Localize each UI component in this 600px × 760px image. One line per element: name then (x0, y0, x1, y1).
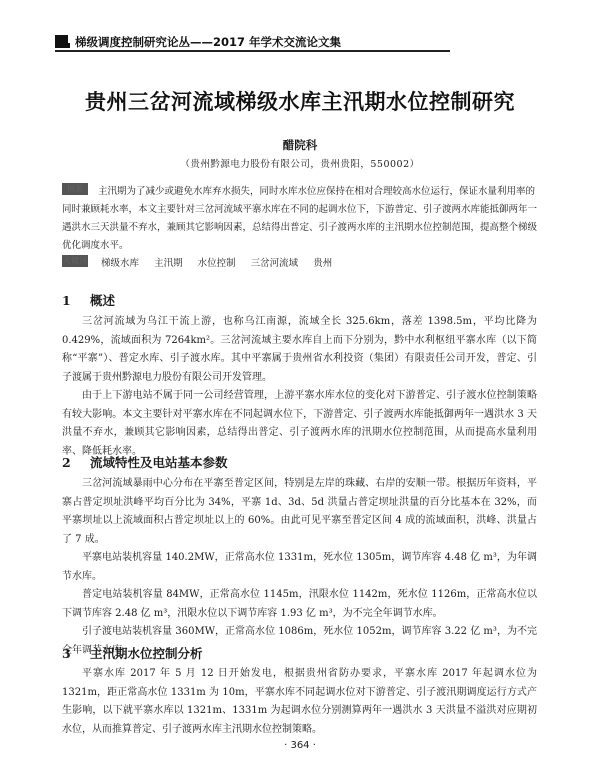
paragraph: 由于上下游电站不属于同一公司经营管理，上游平寨水库水位的变化对下游普定、引子渡水… (62, 387, 537, 461)
paragraph: 普定电站装机容量 84MW，正常高水位 1145m，汛限水位 1142m，死水位… (62, 586, 537, 623)
running-head: 梯级调度控制研究论丛——2017 年学术交流论文集 (55, 34, 450, 50)
keyword: 梯级水库 (101, 258, 139, 269)
author: 醋院科 (0, 137, 600, 153)
running-head-text: 梯级调度控制研究论丛——2017 年学术交流论文集 (75, 34, 341, 50)
section-title: 流域特性及电站基本参数 (90, 455, 228, 470)
paragraph: 平寨水库 2017 年 5 月 12 日开始发电，根据贵州省防办要求，平寨水库 … (62, 665, 537, 739)
affiliation: （贵州黔源电力股份有限公司，贵州贵阳，550002） (0, 156, 600, 170)
abstract-text: 主汛期为了减少或避免水库弃水损失，同时水库水位应保持在相对合理较高水位运行，保证… (62, 186, 537, 251)
section-number: 1 (62, 293, 90, 308)
section-3-body: 平寨水库 2017 年 5 月 12 日开始发电，根据贵州省防办要求，平寨水库 … (62, 665, 537, 739)
keyword: 三岔河流域 (251, 258, 299, 269)
section-number: 3 (62, 646, 90, 661)
paragraph: 三岔河流域为乌江干流上游，也称乌江南源，流域全长 325.6km，落差 1398… (62, 313, 537, 387)
abstract-label: 摘要 (62, 183, 88, 195)
keywords: 关键词 梯级水库 主汛期 水位控制 三岔河流域 贵州 (62, 255, 344, 269)
section-heading-1: 1概述 (62, 291, 115, 309)
page-number: · 364 · (0, 740, 600, 751)
header-block-icon (55, 35, 68, 48)
keywords-label: 关键词 (62, 255, 88, 267)
keyword: 水位控制 (198, 258, 236, 269)
keyword: 主汛期 (154, 258, 183, 269)
section-heading-2: 2流域特性及电站基本参数 (62, 453, 228, 471)
header-rule (55, 50, 450, 52)
section-number: 2 (62, 455, 90, 470)
section-title: 主汛期水位控制分析 (90, 646, 203, 661)
paragraph: 三岔河流域暴雨中心分布在平寨至普定区间，特别是左岸的珠藏、右岸的安顺一带。根据历… (62, 475, 537, 549)
section-2-body: 三岔河流域暴雨中心分布在平寨至普定区间，特别是左岸的珠藏、右岸的安顺一带。根据历… (62, 475, 537, 660)
paragraph: 平寨电站装机容量 140.2MW，正常高水位 1331m，死水位 1305m，调… (62, 549, 537, 586)
section-title: 概述 (90, 293, 115, 308)
section-1-body: 三岔河流域为乌江干流上游，也称乌江南源，流域全长 325.6km，落差 1398… (62, 313, 537, 461)
keyword: 贵州 (313, 258, 332, 269)
paper-title: 贵州三岔河流域梯级水库主汛期水位控制研究 (0, 86, 600, 116)
abstract: 摘要主汛期为了减少或避免水库弃水损失，同时水库水位应保持在相对合理较高水位运行，… (62, 183, 537, 255)
section-heading-3: 3主汛期水位控制分析 (62, 644, 203, 662)
